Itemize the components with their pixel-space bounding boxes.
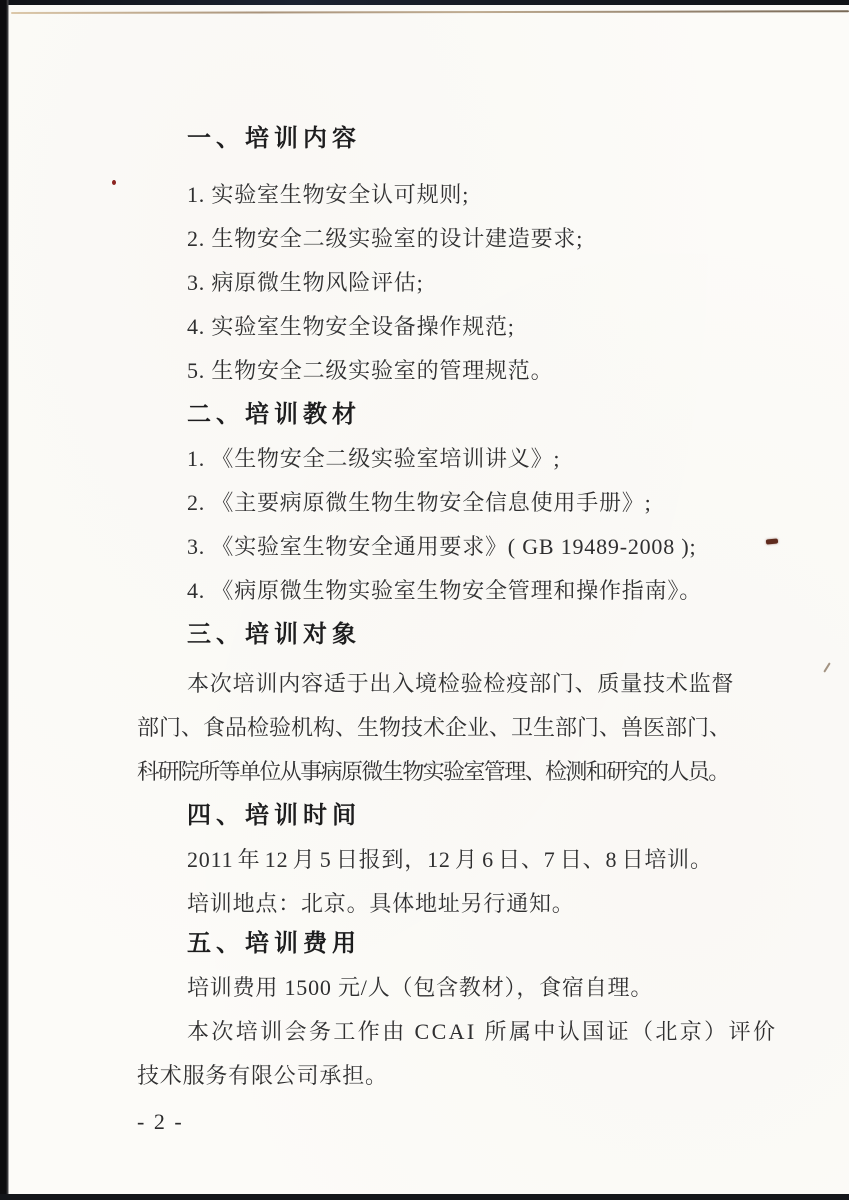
list-item: 3. 病原微生物风险评估; [137,261,757,305]
list-item: 4. 实验室生物安全设备操作规范; [137,305,757,349]
paragraph-line: 培训地点：北京。具体地址另行通知。 [137,882,757,926]
paragraph-line: 部门、食品检验机构、生物技术企业、卫生部门、兽医部门、 [137,706,757,750]
scan-speck-brown-dash [766,538,778,544]
paragraph-line: 2011 年 12 月 5 日报到，12 月 6 日、7 日、8 日培训。 [137,838,757,882]
section-heading-training-materials: 二、培训教材 [137,393,757,437]
paragraph-line: 科研院所等单位从事病原微生物实验室管理、检测和研究的人员。 [137,750,757,794]
list-item: 2. 《主要病原微生物生物安全信息使用手册》; [137,481,757,525]
scan-speck-gray-scratch [823,662,831,672]
scan-edge-top [0,0,849,5]
paragraph-line: 技术服务有限公司承担。 [137,1054,757,1098]
scan-speck-red-dot [112,180,116,185]
scanned-document-page: 一、培训内容 1. 实验室生物安全认可规则; 2. 生物安全二级实验室的设计建造… [0,0,849,1200]
scan-edge-left [0,0,9,1200]
section-heading-training-fees: 五、培训费用 [137,922,757,966]
section-heading-training-content: 一、培训内容 [137,117,757,161]
scan-edge-bottom [0,1194,849,1200]
list-item: 1. 《生物安全二级实验室培训讲义》; [137,437,757,481]
document-body: 一、培训内容 1. 实验室生物安全认可规则; 2. 生物安全二级实验室的设计建造… [137,117,757,1137]
list-item: 1. 实验室生物安全认可规则; [137,173,757,217]
section-heading-training-schedule: 四、培训时间 [137,794,757,838]
page-top-rule [11,10,849,14]
list-item: 4. 《病原微生物实验室生物安全管理和操作指南》。 [137,569,757,613]
page-number: - 2 - [137,1107,757,1137]
list-item: 2. 生物安全二级实验室的设计建造要求; [137,217,757,261]
paragraph-line: 本次培训会务工作由 CCAI 所属中认国证（北京）评价 [137,1010,757,1054]
paragraph-line: 本次培训内容适于出入境检验检疫部门、质量技术监督 [137,662,757,706]
section-heading-training-audience: 三、培训对象 [137,613,757,657]
paragraph-line: 培训费用 1500 元/人（包含教材），食宿自理。 [137,966,757,1010]
list-item: 3. 《实验室生物安全通用要求》( GB 19489-2008 ); [137,525,757,569]
list-item: 5. 生物安全二级实验室的管理规范。 [137,349,757,393]
